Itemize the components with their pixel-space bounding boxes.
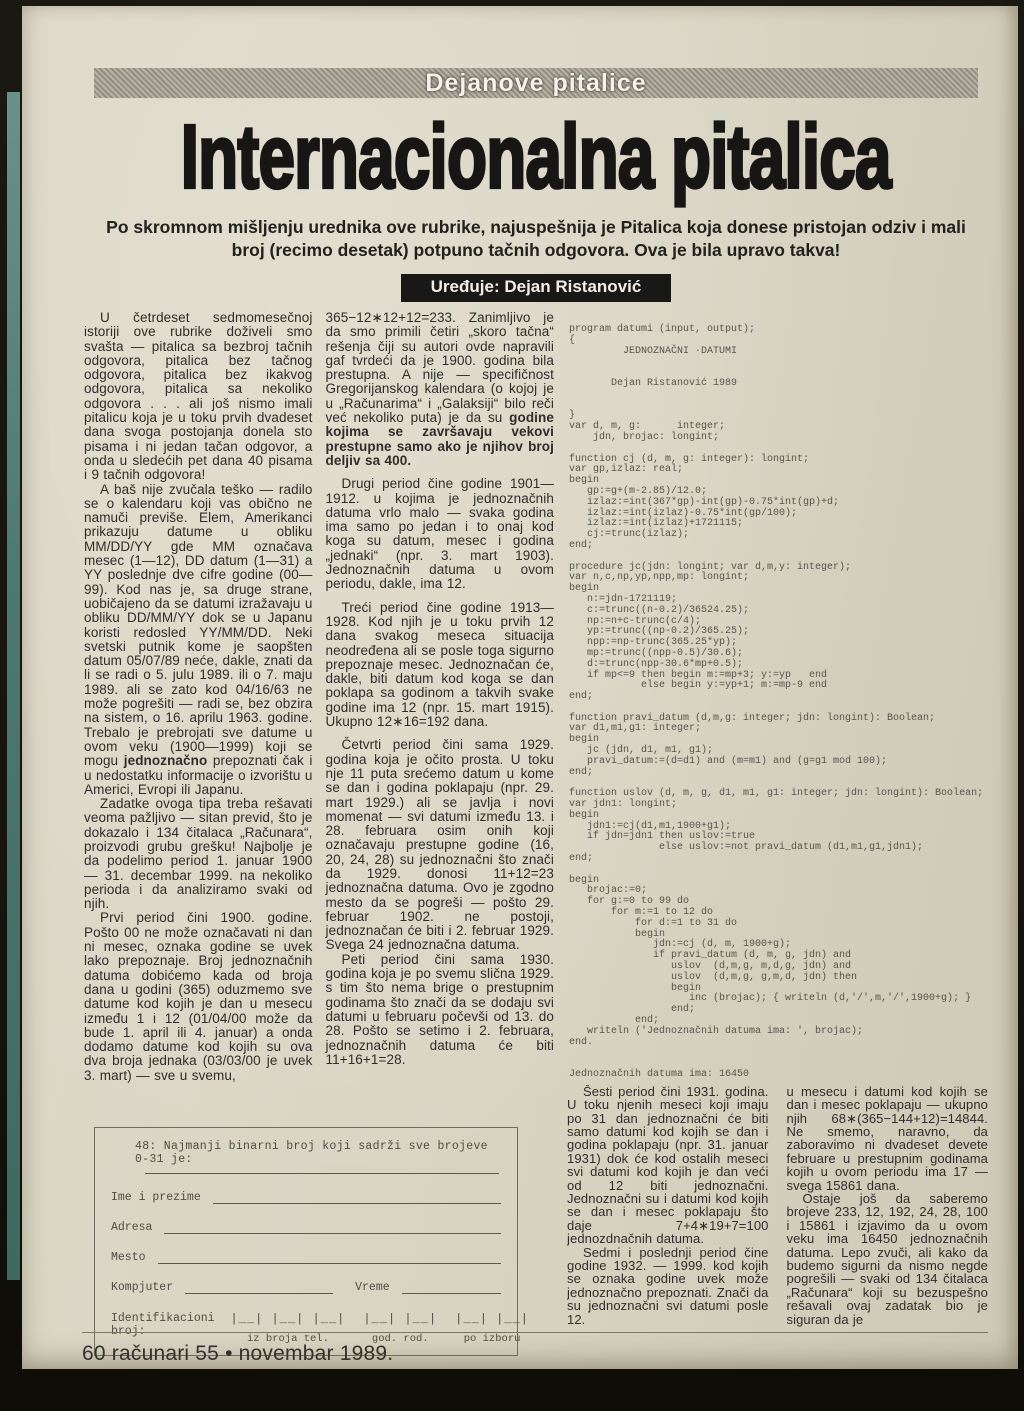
form-label-name: Ime i prezime bbox=[111, 1191, 201, 1204]
article-subtitle: Po skromnom mišljenju urednika ove rubri… bbox=[94, 216, 978, 262]
section-band: Dejanove pitalice bbox=[94, 68, 978, 98]
article-body: U četrdeset sedmomesečnoj istoriji ove r… bbox=[84, 311, 988, 1356]
paragraph: Prvi period čini 1900. godine. Pošto 00 … bbox=[84, 911, 313, 1083]
form-label-city: Mesto bbox=[111, 1251, 146, 1264]
paragraph: Peti period čini sama 1930. godina koja … bbox=[326, 953, 555, 1067]
paragraph: U četrdeset sedmomesečnoj istoriji ove r… bbox=[84, 311, 313, 483]
left-half: U četrdeset sedmomesečnoj istoriji ove r… bbox=[84, 311, 554, 1356]
paragraph: Treći period čine godine 1913—1928. Kod … bbox=[326, 601, 555, 730]
paragraph: Četvrti period čini sama 1929. godina ko… bbox=[326, 738, 555, 952]
article-title: Internacionalna pitalica bbox=[181, 103, 891, 213]
article-column-4: u mesecu i datumi kod kojih se dan i mes… bbox=[787, 1085, 989, 1341]
article-column-1: U četrdeset sedmomesečnoj istoriji ove r… bbox=[84, 311, 313, 1111]
section-band-title: Dejanove pitalice bbox=[425, 69, 646, 98]
right-half: program datumi (input, output); { JEDNOZ… bbox=[567, 311, 988, 1356]
id-boxes-choice: |__| |__| bbox=[455, 1312, 529, 1326]
form-row-address: Adresa bbox=[111, 1220, 501, 1234]
form-row-computer-time: Kompjuter Vreme bbox=[111, 1280, 501, 1294]
paragraph: Ostaje još da saberemo brojeve 233, 12, … bbox=[787, 1192, 989, 1326]
form-label-time: Vreme bbox=[355, 1281, 390, 1294]
form-line-address bbox=[164, 1220, 501, 1234]
paragraph: Šesti period čini 1931. godina. U toku n… bbox=[567, 1085, 769, 1246]
form-question: 48: Najmanji binarni broj koji sadrži sv… bbox=[111, 1140, 501, 1166]
form-answer-line bbox=[145, 1166, 499, 1174]
code-listing: program datumi (input, output); { JEDNOZ… bbox=[567, 311, 988, 1081]
id-boxes-phone: |__| |__| |__| bbox=[231, 1312, 346, 1326]
pascal-code: program datumi (input, output); { JEDNOZ… bbox=[569, 325, 988, 1081]
form-line-city bbox=[158, 1250, 501, 1264]
footer-page-info: 60 računari 55 • novembar 1989. bbox=[82, 1342, 393, 1365]
form-row-name: Ime i prezime bbox=[111, 1190, 501, 1204]
page-footer: 60 računari 55 • novembar 1989. bbox=[82, 1332, 988, 1366]
form-line-computer bbox=[185, 1280, 333, 1294]
paragraph: Drugi period čine godine 1901—1912. u ko… bbox=[326, 477, 555, 591]
editor-box: Uređuje: Dejan Ristanović bbox=[401, 274, 672, 302]
editor-box-wrap: Uređuje: Dejan Ristanović bbox=[84, 274, 988, 302]
form-label-address: Adresa bbox=[111, 1221, 152, 1234]
article-column-2: 365−12∗12+12=233. Zanimljivo je da smo p… bbox=[326, 311, 555, 1111]
paragraph: 365−12∗12+12=233. Zanimljivo je da smo p… bbox=[326, 311, 555, 468]
magazine-page: Dejanove pitalice Internacionalna pitali… bbox=[22, 6, 1018, 1369]
bottom-text-columns: Šesti period čini 1931. godina. U toku n… bbox=[567, 1085, 988, 1341]
reply-form: 48: Najmanji binarni broj koji sadrži sv… bbox=[94, 1127, 518, 1356]
paragraph: Zadatke ovoga tipa treba rešavati veoma … bbox=[84, 797, 313, 911]
text-columns: U četrdeset sedmomesečnoj istoriji ove r… bbox=[84, 311, 554, 1111]
form-line-name bbox=[213, 1190, 501, 1204]
form-line-time bbox=[402, 1280, 501, 1294]
paragraph: Sedmi i poslednji period čine godine 193… bbox=[567, 1246, 769, 1326]
article-column-3: Šesti period čini 1931. godina. U toku n… bbox=[567, 1085, 769, 1341]
article-title-wrap: Internacionalna pitalica bbox=[84, 108, 988, 208]
magazine-scan: Dejanove pitalice Internacionalna pitali… bbox=[0, 0, 1024, 1411]
scan-edge-strip bbox=[7, 92, 20, 1280]
paragraph: u mesecu i datumi kod kojih se dan i mes… bbox=[787, 1085, 989, 1192]
id-boxes-birthyear: |__| |__| bbox=[363, 1312, 437, 1326]
form-row-city: Mesto bbox=[111, 1250, 501, 1264]
paragraph: A baš nije zvučala teško — radilo se o k… bbox=[84, 483, 313, 798]
form-label-computer: Kompjuter bbox=[111, 1281, 173, 1294]
